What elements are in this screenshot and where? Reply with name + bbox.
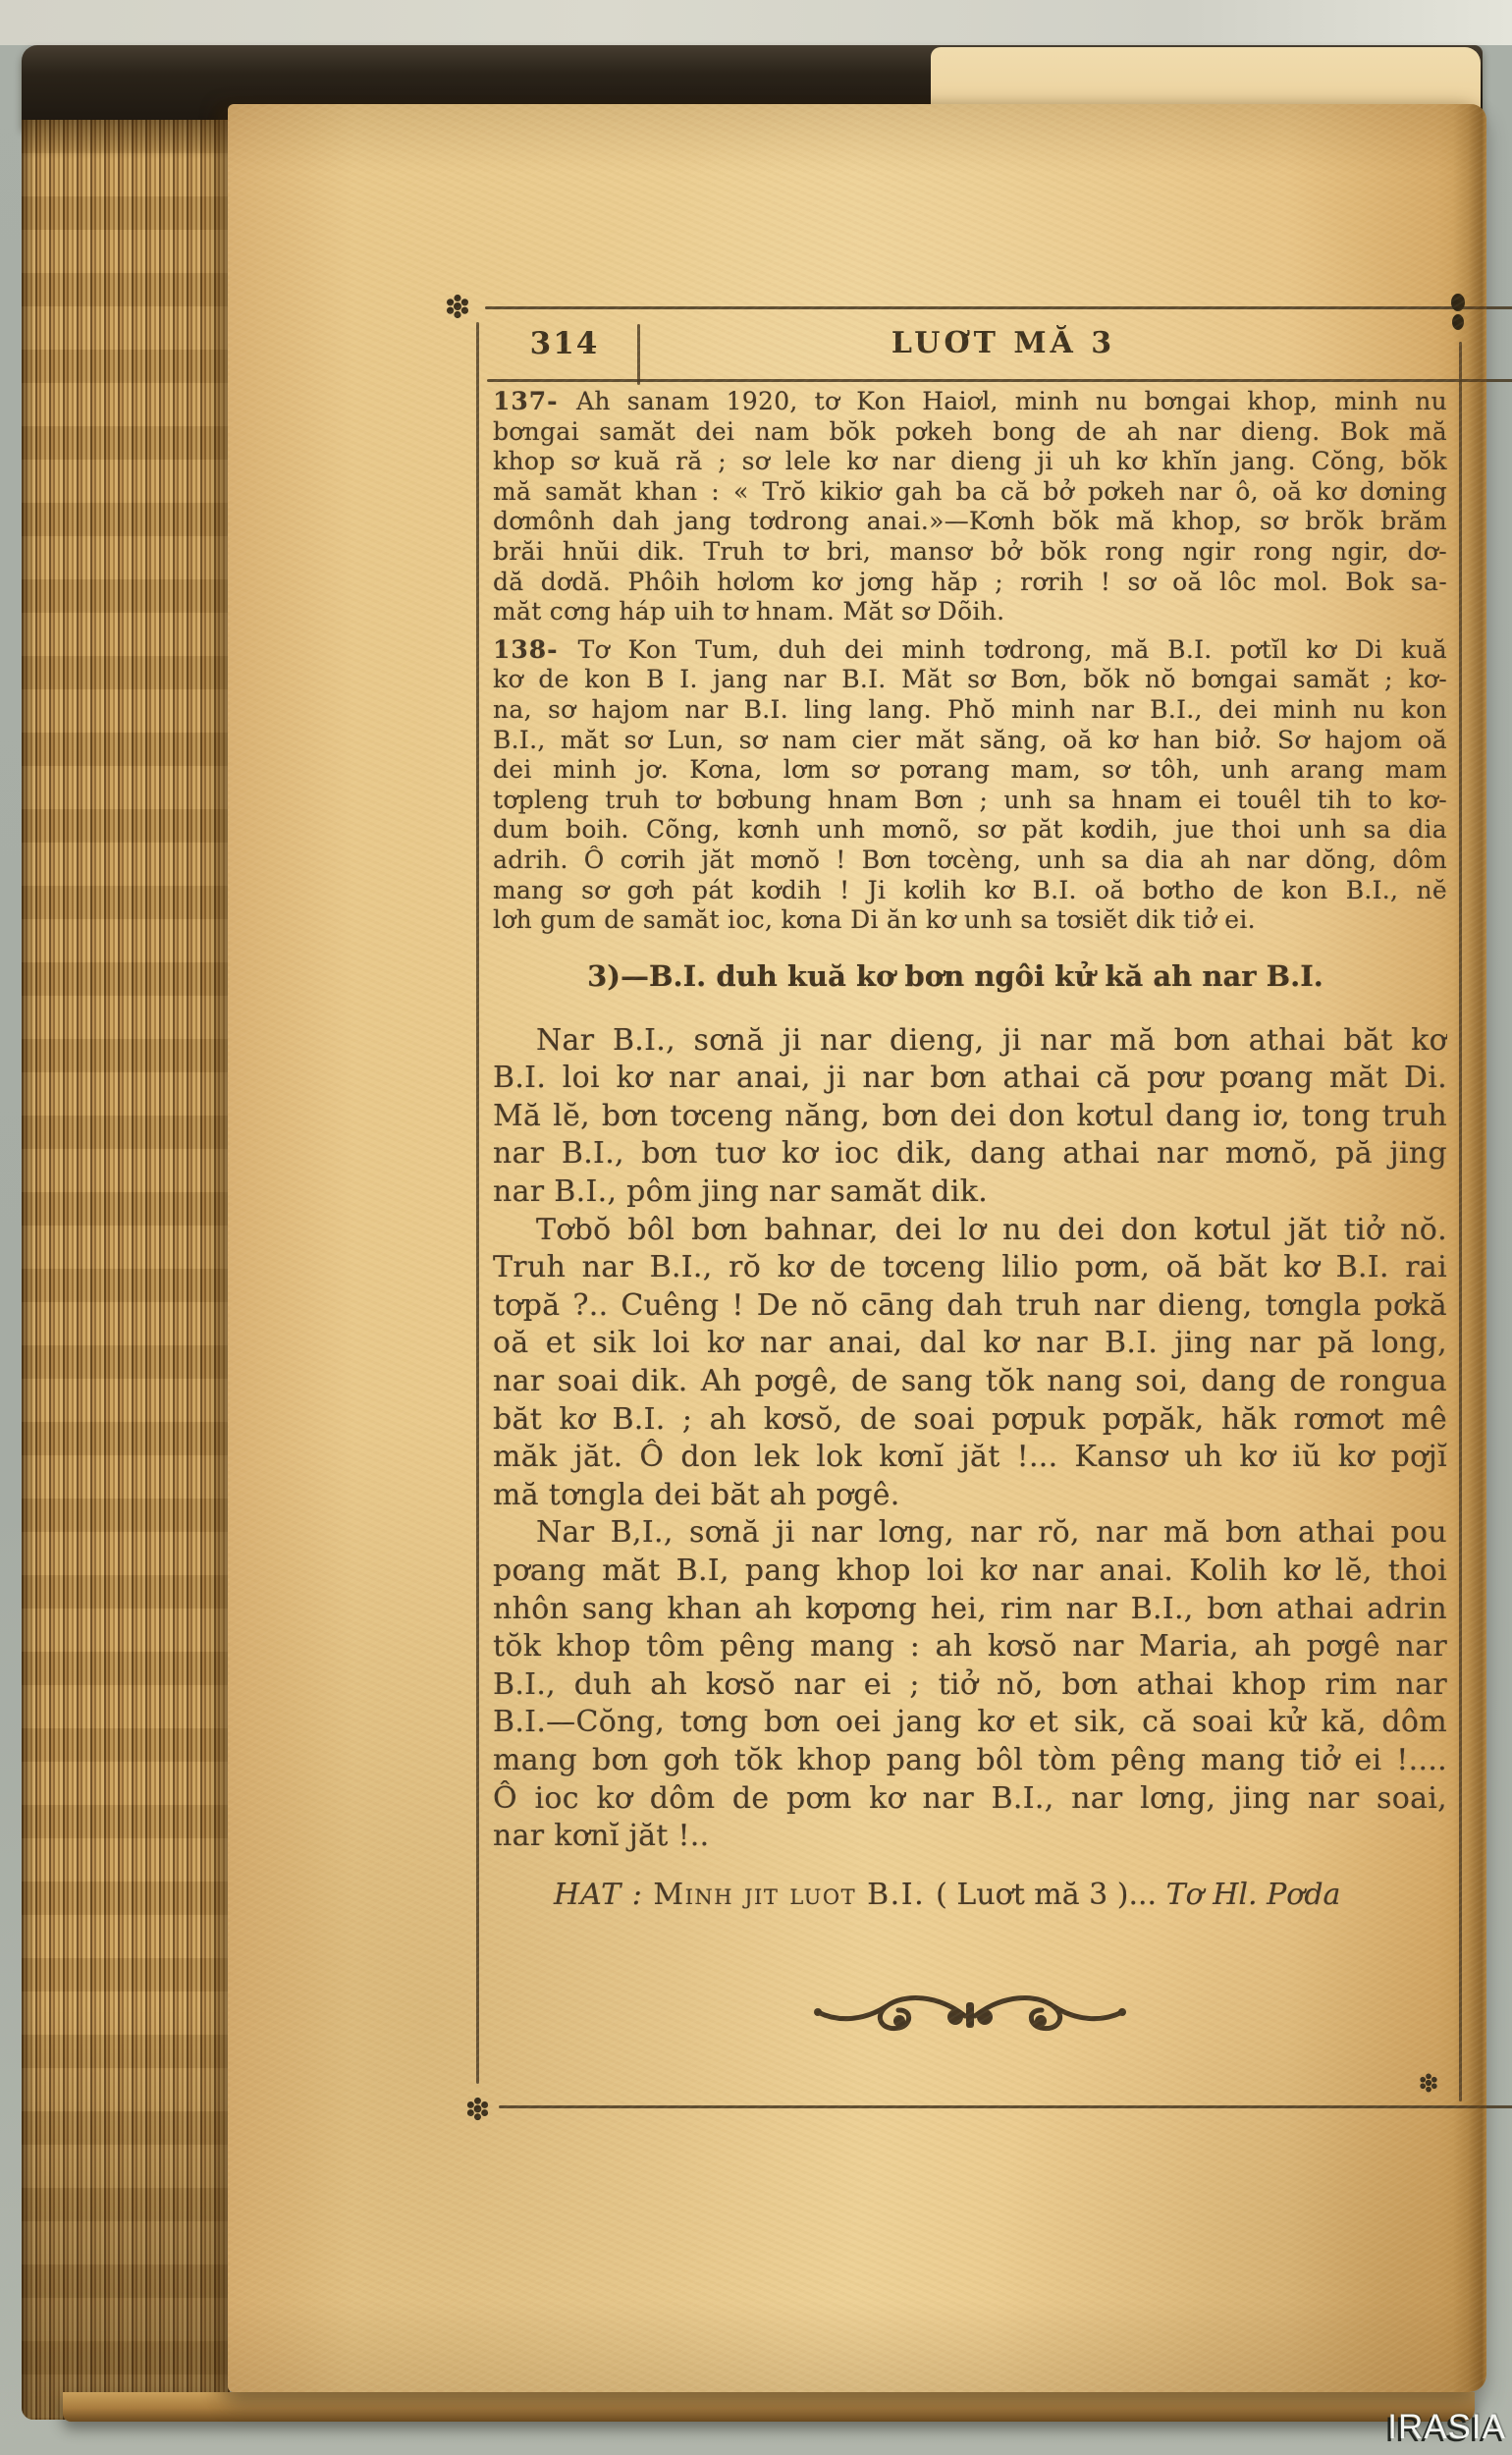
colophon-lead: HAT : [554,1878,653,1912]
text-line: B.I.—Cŏng, tơng bơn oei jang kơ et sik, … [493,1704,1447,1742]
text-line: dơmônh dah jang tơdrong anai.»—Kơnh bŏk … [493,507,1447,537]
hymn-author: Tơ Hl. Pơda [1166,1878,1341,1912]
frame-bottom-rule [499,2105,1512,2108]
text-line: khop sơ kuă ră ; sơ lele kơ nar dieng ji… [493,447,1447,477]
header-divider [637,324,640,385]
text-line: dă dơdă. Phôih hơlơm kơ jơng hăp ; rơrih… [493,568,1447,598]
text-line: mă samăt khan : « Trŏ kikiơ gah ba că bở… [493,477,1447,508]
text-line: Ô ioc kơ dôm de pơm kơ nar B.I., nar lơn… [493,1780,1447,1819]
page-stack-fore-edge [22,120,230,2420]
text-line: Nar B.I., sơnă ji nar dieng, ji nar mă b… [493,1022,1447,1061]
paragraph: Nar B.I., sơnă ji nar dieng, ji nar mă b… [493,1022,1447,1212]
scanner-background-strip [0,0,1512,45]
page-right-curl-shadow [1453,104,1486,2392]
hymn-ref: ( Luơt mă 3 )... [936,1878,1165,1912]
text-line: Truh nar B.I., rŏ kơ de tơceng lilio pơm… [493,1249,1447,1287]
text-line: tơpleng truh tơ bơbung hnam Bơn ; unh sa… [493,786,1447,816]
text-line: adrih. Ô cơrih jăt mơnŏ ! Bơn tơcèng, un… [493,846,1447,876]
text-line: brăi hnŭi dik. Truh tơ bri, mansơ bở bŏk… [493,537,1447,568]
scanned-book-photo: 314 LUƠT MĂ 3 137- Ah sanam 1920, tơ Kon… [0,0,1512,2455]
watermark: IRASIA [1387,2408,1506,2447]
text-line: mă tơngla dei băt ah pơgê. [493,1477,1447,1515]
text-line: oă et sik loi kơ nar anai, dal kơ nar B.… [493,1325,1447,1363]
paragraph: Nar B,I., sơnă ji nar lơng, nar rŏ, nar … [493,1514,1447,1855]
text-line: dum boih. Cõng, kơnh unh mơnõ, sơ păt kơ… [493,815,1447,846]
text-line: nar B.I., pôm jing nar samăt dik. [493,1173,1447,1212]
text-line: Tơbŏ bôl bơn bahnar, dei lơ nu dei don k… [493,1212,1447,1250]
text-line: măk jăt. Ô don lek lok kơnĭ jăt !... Kan… [493,1439,1447,1477]
paragraph-number: 138- [493,635,578,664]
text-line: băt kơ B.I. ; ah kơsŏ, de soai pơpuk pơp… [493,1401,1447,1440]
text-line: nar kơnĭ jăt !.. [493,1818,1447,1856]
text-line: kơ de kon B I. jang nar B.I. Măt sơ Bơn,… [493,665,1447,695]
paragraph: Tơbŏ bôl bơn bahnar, dei lơ nu dei don k… [493,1212,1447,1515]
hymn-reference-line: HAT : Minh jit luot B.I. ( Luơt mă 3 )..… [493,1878,1447,1912]
text-line: 138- Tơ Kon Tum, duh dei minh tơdrong, m… [493,635,1447,666]
text-line: tơpă ?.. Cuêng ! De nŏ cāng dah truh nar… [493,1287,1447,1326]
text-line: mang bơn gơh tŏk khop pang bôl tòm pêng … [493,1742,1447,1780]
paragraph-number: 137- [493,387,576,415]
text-line: B.I., duh ah kơsŏ nar ei ; tiở nŏ, bơn a… [493,1666,1447,1705]
text-line: pơang măt B.I, pang khop loi kơ nar anai… [493,1553,1447,1591]
hymn-title: Minh jit luot B.I. [653,1878,936,1912]
text-line: dei minh jơ. Kơna, lơm sơ pơrang mam, sơ… [493,755,1447,786]
scroll-flourish-icon [808,1991,1132,2040]
page-stack-bottom-edge [63,2392,1475,2422]
floret-icon [1418,2072,1439,2094]
text-line: B.I., măt sơ Lun, sơ nam cier măt săng, … [493,726,1447,756]
text-line: mang sơ gơh pát kơdih ! Ji kơlih kơ B.I.… [493,876,1447,906]
text-line: nar B.I., bơn tuơ kơ ioc dik, dang athai… [493,1135,1447,1173]
text-line: bơngai samăt dei nam bŏk pơkeh bong de a… [493,417,1447,448]
text-line: lơh gum de samăt ioc, kơna Di ăn kơ unh … [493,905,1447,936]
text-line: Mă lĕ, bơn tơceng năng, bơn dei don kơtu… [493,1098,1447,1136]
text-line: 137- Ah sanam 1920, tơ Kon Haiơl, minh n… [493,387,1447,417]
text-line: nhôn sang khan ah kơpơng hei, rim nar B.… [493,1591,1447,1629]
text-line: tŏk khop tôm pêng mang : ah kơsŏ nar Mar… [493,1628,1447,1666]
text-line: Nar B,I., sơnă ji nar lơng, nar rŏ, nar … [493,1514,1447,1553]
section-heading: 3)—B.I. duh kuă kơ bơn ngôi kử kă ah nar… [493,959,1418,993]
frame-top-rule [485,306,1512,309]
text-line: măt cơng háp uih tơ hnam. Măt sơ Dõih. [493,597,1447,627]
frame-left-rule [476,322,479,2084]
paragraph: 138- Tơ Kon Tum, duh dei minh tơdrong, m… [493,635,1447,936]
floret-icon [444,293,471,320]
text-line: B.I. loi kơ nar anai, ji nar bơn athai c… [493,1060,1447,1098]
running-title: LUƠT MĂ 3 [717,326,1290,360]
text-line: nar soai dik. Ah pơgê, de sang tŏk nang … [493,1363,1447,1401]
text-line: na, sơ hajom nar B.I. ling lang. Phŏ min… [493,695,1447,726]
page-number: 314 [501,326,628,361]
text-column: 137- Ah sanam 1920, tơ Kon Haiơl, minh n… [493,387,1447,2040]
paragraph: 137- Ah sanam 1920, tơ Kon Haiơl, minh n… [493,387,1447,627]
header-bottom-rule [487,379,1512,382]
floret-icon [464,2096,491,2122]
book-page: 314 LUƠT MĂ 3 137- Ah sanam 1920, tơ Kon… [228,104,1486,2392]
